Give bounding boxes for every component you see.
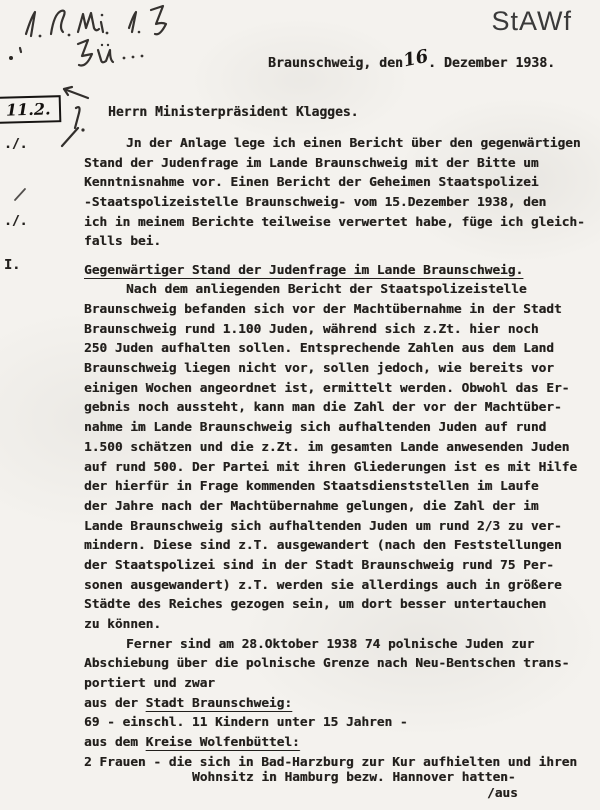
typed-line: gebnis noch aussteht, kann man die Zahl …	[84, 400, 596, 420]
typed-line: Städte des Reiches gezogen sein, um dort…	[84, 597, 596, 617]
handwritten-registry-note	[18, 2, 188, 70]
typed-line: 1.500 schätzen und die z.Zt. im gesamten…	[84, 440, 596, 460]
section-heading: Gegenwärtiger Stand der Judenfrage im La…	[84, 263, 596, 283]
typed-line: Abschiebung über die polnische Grenze na…	[84, 656, 596, 676]
salutation: Herrn Ministerpräsident Klagges.	[108, 105, 358, 120]
underlined-text: Stadt Braunschweig:	[146, 696, 292, 711]
typed-line: Wohnsitz in Hamburg bezw. Hannover hatte…	[84, 770, 596, 790]
typed-line: sonen ausgewandert) z.T. werden sie alle…	[84, 578, 596, 598]
typed-line: Braunschweig befanden sich vor der Macht…	[84, 302, 596, 322]
typed-line: aus dem Kreise Wolfenbüttel:	[84, 735, 596, 755]
enclosure-mark-2: ./.	[4, 214, 27, 229]
typed-line: -Staatspolizeistelle Braunschweig- vom 1…	[84, 195, 596, 215]
line-text: aus dem	[84, 735, 146, 750]
underlined-text: Kreise Wolfenbüttel:	[146, 735, 300, 750]
archive-stamp: StAWf	[491, 6, 572, 37]
typed-line: Kenntnisnahme vor. Einen Bericht der Geh…	[84, 175, 596, 195]
continuation-mark: /aus	[487, 786, 518, 801]
typed-line: zu können.	[84, 617, 596, 637]
typed-line: der hierfür in Frage kommenden Staatsdie…	[84, 479, 596, 499]
typed-line: der Jahre nach der Machtübernahme gelung…	[84, 499, 596, 519]
typed-line: 69 - einschl. 11 Kindern unter 15 Jahren…	[84, 715, 596, 735]
typed-line: 250 Juden aufhalten sollen. Entsprechend…	[84, 341, 596, 361]
typed-line: falls bei.	[84, 234, 596, 254]
dateline-suffix: . Dezember 1938.	[428, 56, 555, 71]
typed-line: mindern. Diese sind z.T. ausgewandert (n…	[84, 538, 596, 558]
typed-line: aus der Stadt Braunschweig:	[84, 696, 596, 716]
ink-speck	[9, 56, 13, 60]
handwritten-tick	[12, 186, 30, 204]
typed-line: ich in meinem Berichte teilweise verwert…	[84, 215, 596, 235]
typed-line: Braunschweig rund 1.100 Juden, während s…	[84, 322, 596, 342]
section-numeral: I.	[4, 257, 20, 273]
typed-line: portiert und zwar	[84, 676, 596, 696]
handwritten-day: 16	[401, 46, 430, 72]
typed-line: einigen Wochen angeordnet ist, ermittelt…	[84, 381, 596, 401]
file-number-box: 11.2.	[0, 95, 61, 124]
enclosure-mark-1: ./.	[4, 137, 27, 152]
typed-line: Ferner sind am 28.Oktober 1938 74 polnis…	[84, 637, 596, 657]
dateline: Braunschweig, den16. Dezember 1938.	[268, 51, 555, 72]
typed-line: auf rund 500. Der Partei mit ihren Glied…	[84, 460, 596, 480]
typed-line: Jn der Anlage lege ich einen Bericht übe…	[84, 136, 596, 156]
typed-line: Stand der Judenfrage im Lande Braunschwe…	[84, 156, 596, 176]
scanned-letter-page: StAWf Braunschweig, den16. Dezember 1938…	[0, 0, 600, 810]
typed-line: nahme im Lande Braunschweig sich aufhalt…	[84, 420, 596, 440]
typed-line: Braunschweig liegen nicht vor, sollen je…	[84, 361, 596, 381]
line-text: aus der	[84, 696, 146, 711]
typed-body: Jn der Anlage lege ich einen Bericht übe…	[84, 136, 596, 790]
dateline-prefix: Braunschweig, den	[268, 56, 403, 71]
typed-line: der Staatspolizei sind in der Stadt Brau…	[84, 558, 596, 578]
typed-line: Lande Braunschweig sich aufhaltenden Jud…	[84, 519, 596, 539]
typed-line: Nach dem anliegenden Bericht der Staatsp…	[84, 282, 596, 302]
